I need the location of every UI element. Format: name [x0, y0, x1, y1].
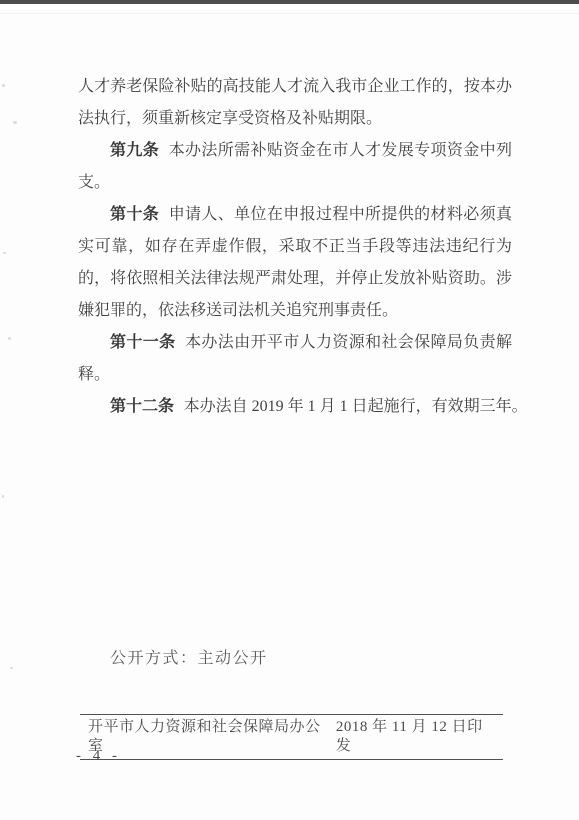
- print-date: 2018 年 11 月 12 日印发: [336, 718, 498, 756]
- paragraph-article-10: 第十条申请人、单位在申报过程中所提供的材料必须真实可靠，如存在弄虚作假，采取不正…: [78, 199, 512, 327]
- record-footer: 开平市人力资源和社会保障局办公室 2018 年 11 月 12 日印发: [80, 714, 503, 760]
- scan-speck: [2, 84, 5, 87]
- article-number: 第十条: [110, 206, 159, 223]
- scan-speck: [8, 337, 11, 340]
- article-number: 第九条: [110, 142, 159, 159]
- scan-speck: [2, 495, 4, 498]
- issuing-office: 开平市人力资源和社会保障局办公室: [88, 718, 336, 756]
- scanned-document-page: 人才养老保险补贴的高技能人才流入我市企业工作的，按本办法执行，须重新核定享受资格…: [0, 0, 579, 820]
- scan-edge-faint-line: [0, 13, 579, 14]
- article-number: 第十一条: [110, 334, 175, 351]
- paragraph-article-12: 第十二条本办法自 2019 年 1 月 1 日起施行，有效期三年。: [78, 391, 512, 423]
- publicity-method-line: 公开方式：主动公开: [110, 645, 268, 668]
- paragraph-article-9: 第九条本办法所需补贴资金在市人才发展专项资金中列支。: [78, 135, 512, 199]
- footer-row: 开平市人力资源和社会保障局办公室 2018 年 11 月 12 日印发: [88, 718, 498, 756]
- scan-speck: [13, 121, 17, 124]
- paragraph-text: 本办法自 2019 年 1 月 1 日起施行，有效期三年。: [184, 398, 528, 415]
- scan-speck: [10, 667, 13, 669]
- page-number: - 4 -: [76, 748, 121, 765]
- paragraph-article-11: 第十一条本办法由开平市人力资源和社会保障局负责解释。: [78, 327, 512, 391]
- scan-speck: [3, 252, 6, 254]
- paragraph-continuation: 人才养老保险补贴的高技能人才流入我市企业工作的，按本办法执行，须重新核定享受资格…: [78, 71, 512, 135]
- document-body: 人才养老保险补贴的高技能人才流入我市企业工作的，按本办法执行，须重新核定享受资格…: [78, 71, 512, 423]
- scan-edge-artifact-top: [0, 0, 579, 4]
- article-number: 第十二条: [110, 398, 174, 415]
- paragraph-text: 人才养老保险补贴的高技能人才流入我市企业工作的，按本办法执行，须重新核定享受资格…: [78, 78, 512, 127]
